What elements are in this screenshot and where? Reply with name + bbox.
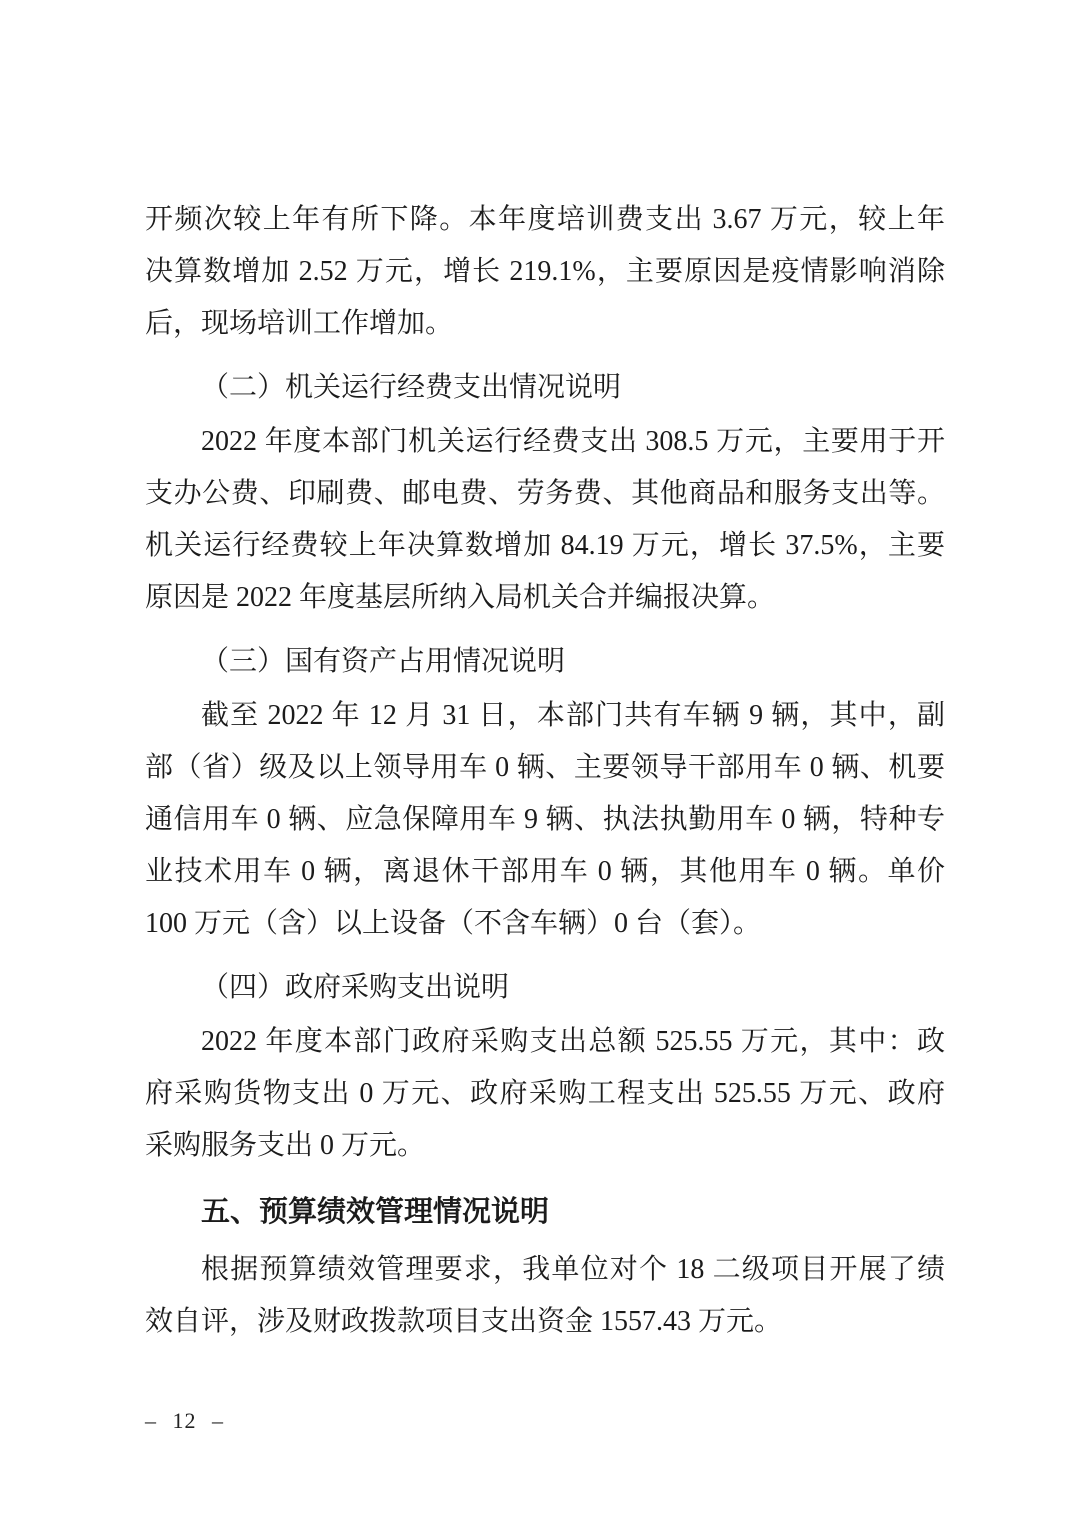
paragraph-operating-expenses: 2022 年度本部门机关运行经费支出 308.5 万元，主要用于开 支办公费、印… <box>145 416 945 624</box>
paragraph-line: 府采购货物支出 0 万元、政府采购工程支出 525.55 万元、政府 <box>145 1068 945 1120</box>
document-page: 开频次较上年有所下降。本年度培训费支出 3.67 万元，较上年 决算数增加 2.… <box>0 0 1075 1521</box>
section-heading-state-assets: （三）国有资产占用情况说明 <box>145 636 945 688</box>
paragraph-line: 机关运行经费较上年决算数增加 84.19 万元，增长 37.5%，主要 <box>145 520 945 572</box>
page-number: – 12 – <box>145 1404 224 1438</box>
section-heading-government-procurement: （四）政府采购支出说明 <box>145 962 945 1014</box>
paragraph-line: 业技术用车 0 辆，离退休干部用车 0 辆，其他用车 0 辆。单价 <box>145 846 945 898</box>
paragraph-line: 2022 年度本部门机关运行经费支出 308.5 万元，主要用于开 <box>145 416 945 468</box>
paragraph-line: 开频次较上年有所下降。本年度培训费支出 3.67 万元，较上年 <box>145 194 945 246</box>
paragraph-training-fee: 开频次较上年有所下降。本年度培训费支出 3.67 万元，较上年 决算数增加 2.… <box>145 194 945 350</box>
section-heading-operating-expenses: （二）机关运行经费支出情况说明 <box>145 362 945 414</box>
paragraph-line: 截至 2022 年 12 月 31 日，本部门共有车辆 9 辆，其中，副 <box>145 690 945 742</box>
paragraph-line: 2022 年度本部门政府采购支出总额 525.55 万元，其中：政 <box>145 1016 945 1068</box>
paragraph-line: 部（省）级及以上领导用车 0 辆、主要领导干部用车 0 辆、机要 <box>145 742 945 794</box>
paragraph-budget-performance: 根据预算绩效管理要求，我单位对个 18 二级项目开展了绩 效自评，涉及财政拨款项… <box>145 1244 945 1348</box>
paragraph-line: 决算数增加 2.52 万元，增长 219.1%，主要原因是疫情影响消除 <box>145 246 945 298</box>
paragraph-line: 根据预算绩效管理要求，我单位对个 18 二级项目开展了绩 <box>145 1244 945 1296</box>
paragraph-line: 100 万元（含）以上设备（不含车辆）0 台（套）。 <box>145 898 945 950</box>
paragraph-state-assets: 截至 2022 年 12 月 31 日，本部门共有车辆 9 辆，其中，副 部（省… <box>145 690 945 950</box>
paragraph-line: 后，现场培训工作增加。 <box>145 298 945 350</box>
section-heading-budget-performance: 五、预算绩效管理情况说明 <box>145 1186 945 1238</box>
paragraph-line: 效自评，涉及财政拨款项目支出资金 1557.43 万元。 <box>145 1296 945 1348</box>
paragraph-line: 支办公费、印刷费、邮电费、劳务费、其他商品和服务支出等。 <box>145 468 945 520</box>
paragraph-line: 通信用车 0 辆、应急保障用车 9 辆、执法执勤用车 0 辆，特种专 <box>145 794 945 846</box>
paragraph-line: 采购服务支出 0 万元。 <box>145 1120 945 1172</box>
paragraph-government-procurement: 2022 年度本部门政府采购支出总额 525.55 万元，其中：政 府采购货物支… <box>145 1016 945 1172</box>
document-body: 开频次较上年有所下降。本年度培训费支出 3.67 万元，较上年 决算数增加 2.… <box>145 194 945 1348</box>
paragraph-line: 原因是 2022 年度基层所纳入局机关合并编报决算。 <box>145 572 945 624</box>
